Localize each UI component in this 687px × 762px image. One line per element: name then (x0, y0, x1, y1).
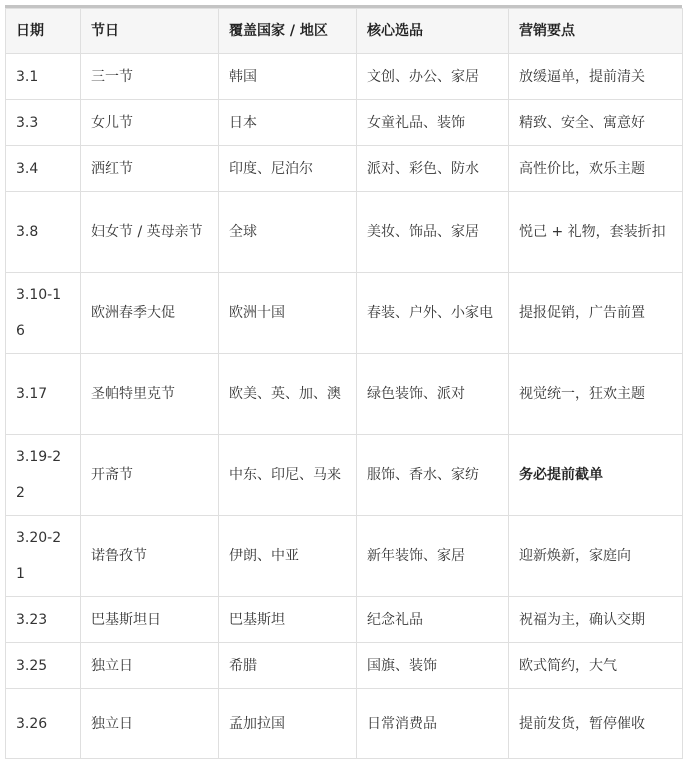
table-row: 3.23 巴基斯坦日 巴基斯坦 纪念礼品 祝福为主，确认交期 (6, 597, 683, 643)
cell-marketing: 放缓逼单，提前清关 (509, 54, 683, 100)
cell-marketing: 视觉统一，狂欢主题 (509, 354, 683, 435)
cell-date: 3.4 (6, 146, 81, 192)
festival-marketing-table-container: 日期 节日 覆盖国家 / 地区 核心选品 营销要点 3.1 三一节 韩国 文创、… (5, 5, 682, 759)
table-row: 3.3 女儿节 日本 女童礼品、装饰 精致、安全、寓意好 (6, 100, 683, 146)
table-row: 3.4 洒红节 印度、尼泊尔 派对、彩色、防水 高性价比，欢乐主题 (6, 146, 683, 192)
cell-products: 纪念礼品 (357, 597, 509, 643)
cell-festival: 妇女节 / 英母亲节 (81, 192, 219, 273)
table-row: 3.19-22 开斋节 中东、印尼、马来 服饰、香水、家纺 务必提前截单 (6, 435, 683, 516)
cell-festival: 独立日 (81, 643, 219, 689)
cell-products: 日常消费品 (357, 689, 509, 759)
cell-marketing: 精致、安全、寓意好 (509, 100, 683, 146)
cell-festival: 洒红节 (81, 146, 219, 192)
cell-festival: 圣帕特里克节 (81, 354, 219, 435)
cell-products: 派对、彩色、防水 (357, 146, 509, 192)
table-row: 3.20-21 诺鲁孜节 伊朗、中亚 新年装饰、家居 迎新焕新，家庭向 (6, 516, 683, 597)
table-row: 3.25 独立日 希腊 国旗、装饰 欧式简约，大气 (6, 643, 683, 689)
cell-region: 巴基斯坦 (219, 597, 357, 643)
table-header-row: 日期 节日 覆盖国家 / 地区 核心选品 营销要点 (6, 9, 683, 54)
festival-marketing-table: 日期 节日 覆盖国家 / 地区 核心选品 营销要点 3.1 三一节 韩国 文创、… (5, 8, 683, 759)
cell-region: 印度、尼泊尔 (219, 146, 357, 192)
cell-festival: 诺鲁孜节 (81, 516, 219, 597)
cell-marketing: 提前发货，暂停催收 (509, 689, 683, 759)
cell-region: 中东、印尼、马来 (219, 435, 357, 516)
cell-products: 女童礼品、装饰 (357, 100, 509, 146)
cell-region: 韩国 (219, 54, 357, 100)
header-date: 日期 (6, 9, 81, 54)
cell-region: 欧美、英、加、澳 (219, 354, 357, 435)
table-row: 3.1 三一节 韩国 文创、办公、家居 放缓逼单，提前清关 (6, 54, 683, 100)
cell-marketing: 祝福为主，确认交期 (509, 597, 683, 643)
cell-products: 服饰、香水、家纺 (357, 435, 509, 516)
cell-date: 3.25 (6, 643, 81, 689)
cell-festival: 巴基斯坦日 (81, 597, 219, 643)
cell-products: 春装、户外、小家电 (357, 273, 509, 354)
cell-region: 伊朗、中亚 (219, 516, 357, 597)
cell-date: 3.8 (6, 192, 81, 273)
cell-region: 孟加拉国 (219, 689, 357, 759)
cell-marketing: 高性价比，欢乐主题 (509, 146, 683, 192)
cell-date: 3.10-16 (6, 273, 81, 354)
cell-marketing: 悦己 + 礼物，套装折扣 (509, 192, 683, 273)
cell-festival: 欧洲春季大促 (81, 273, 219, 354)
header-region: 覆盖国家 / 地区 (219, 9, 357, 54)
cell-festival: 女儿节 (81, 100, 219, 146)
cell-marketing: 欧式简约，大气 (509, 643, 683, 689)
table-row: 3.26 独立日 孟加拉国 日常消费品 提前发货，暂停催收 (6, 689, 683, 759)
cell-marketing-emphasis: 务必提前截单 (509, 435, 683, 516)
cell-products: 国旗、装饰 (357, 643, 509, 689)
cell-festival: 三一节 (81, 54, 219, 100)
header-marketing: 营销要点 (509, 9, 683, 54)
cell-festival: 独立日 (81, 689, 219, 759)
cell-date: 3.23 (6, 597, 81, 643)
cell-products: 新年装饰、家居 (357, 516, 509, 597)
cell-marketing: 提报促销，广告前置 (509, 273, 683, 354)
cell-festival: 开斋节 (81, 435, 219, 516)
cell-date: 3.17 (6, 354, 81, 435)
cell-region: 欧洲十国 (219, 273, 357, 354)
cell-region: 日本 (219, 100, 357, 146)
cell-date: 3.20-21 (6, 516, 81, 597)
header-festival: 节日 (81, 9, 219, 54)
cell-marketing: 迎新焕新，家庭向 (509, 516, 683, 597)
cell-products: 绿色装饰、派对 (357, 354, 509, 435)
cell-date: 3.19-22 (6, 435, 81, 516)
header-products: 核心选品 (357, 9, 509, 54)
cell-products: 文创、办公、家居 (357, 54, 509, 100)
cell-date: 3.3 (6, 100, 81, 146)
cell-region: 全球 (219, 192, 357, 273)
cell-date: 3.1 (6, 54, 81, 100)
table-row: 3.17 圣帕特里克节 欧美、英、加、澳 绿色装饰、派对 视觉统一，狂欢主题 (6, 354, 683, 435)
cell-date: 3.26 (6, 689, 81, 759)
cell-region: 希腊 (219, 643, 357, 689)
table-row: 3.10-16 欧洲春季大促 欧洲十国 春装、户外、小家电 提报促销，广告前置 (6, 273, 683, 354)
table-row: 3.8 妇女节 / 英母亲节 全球 美妆、饰品、家居 悦己 + 礼物，套装折扣 (6, 192, 683, 273)
cell-products: 美妆、饰品、家居 (357, 192, 509, 273)
